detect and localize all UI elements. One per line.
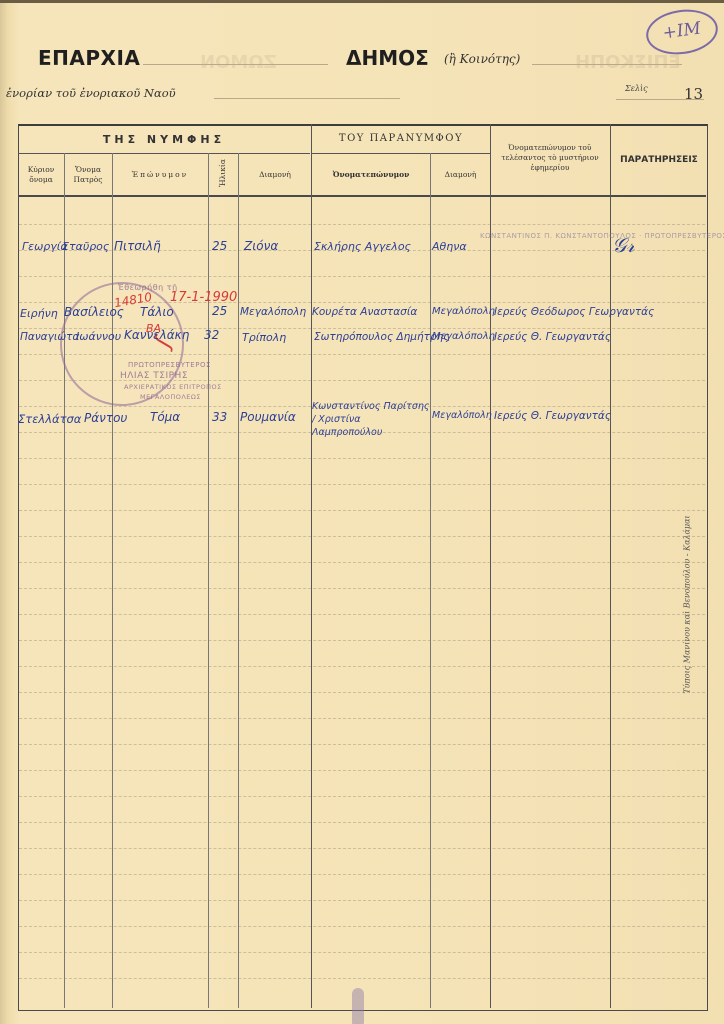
cell-surname: Τάλιο: [140, 305, 174, 319]
cell-first-name: Στελλάτσα: [18, 412, 81, 426]
cell-surname: Τόμα: [150, 410, 180, 424]
row-line: [19, 900, 705, 901]
row-line: [19, 744, 705, 745]
remarks-signature: 𝒢𝓇: [612, 233, 635, 257]
row-line: [19, 640, 705, 641]
cell-bestman-residence: Μεγαλόπολη: [432, 410, 492, 421]
top-edge: [0, 0, 724, 3]
col-header-age: Ἡλικία: [218, 159, 228, 187]
cell-bestman-name: Σκλήρης Αγγελος: [314, 240, 411, 253]
row-line: [19, 276, 705, 277]
cell-residence: Μεγαλόπολη: [240, 306, 306, 318]
stamp-line: ΠΡΩΤΟΠΡΕΣΒΥΤΕΡΟΣ: [128, 361, 211, 369]
cell-officiant: Ιερεύς Θεόδωρος Γεωργαντάς: [494, 306, 654, 318]
bestman-group-header: ΤΟΥ ΠΑΡΑΝΥΜΦΟΥ: [312, 133, 490, 144]
row-line: [19, 874, 705, 875]
row-line: [19, 562, 705, 563]
column-divider: [208, 153, 209, 1008]
row-line: [19, 770, 705, 771]
bestman-group-divider: [312, 153, 490, 154]
row-line: [19, 484, 705, 485]
cell-officiant: Ιερεύς Θ. Γεωργαντάς: [494, 331, 611, 343]
cell-first-name: Ειρήνη: [20, 307, 58, 320]
cell-officiant-stamp: ΚΩΝΣΤΑΝΤΙΝΟΣ Π. ΚΩΝΣΤΑΝΤΟΠΟΥΛΟΣ · ΠΡΩΤΟΠ…: [480, 232, 724, 240]
stamp-line: ΜΕΓΑΛΟΠΟΛΕΩΣ: [140, 393, 201, 401]
row-line: [19, 458, 705, 459]
cell-age: 33: [212, 410, 227, 424]
cell-first-name: Παναγιώτα: [20, 331, 79, 343]
row-line: [19, 614, 705, 615]
column-divider: [490, 124, 491, 1008]
eparchia-label: ΕΠΑΡΧΙΑ: [38, 46, 140, 70]
row-line: [19, 978, 705, 979]
cell-father-name: Ράντου: [84, 411, 127, 425]
row-line: [19, 224, 705, 225]
register-page: ΖΩΜΟΝ ΕΠΙΣΚΟΠΗ ΕΠΑΡΧΙΑ ΔΗΜΟΣ (ἢ Κοινότης…: [0, 0, 724, 1024]
cell-bestman-name: Κωνσταντίνος Παρίτσης / Χριστίνα Λαμπροπ…: [312, 400, 432, 439]
cell-bestman-residence: Μεγαλόπολη: [432, 306, 495, 317]
eparchia-fill-line: [143, 64, 328, 65]
row-line: [19, 848, 705, 849]
bleed-through-text: ΖΩΜΟΝ: [200, 52, 277, 73]
stamp-line: ΑΡΧΙΕΡΑΤΙΚΟΣ ΕΠΙΤΡΟΠΟΣ: [124, 383, 222, 391]
row-line: [19, 536, 705, 537]
row-line: [19, 718, 705, 719]
column-divider: [64, 153, 65, 1008]
row-line: [19, 666, 705, 667]
parish-label: ἐνορίαν τοῦ ἐνοριακοῦ Ναοῦ: [6, 86, 176, 100]
column-divider: [610, 124, 611, 1008]
column-divider: [238, 153, 239, 1008]
col-header-bestman-name: Ὀνοματεπώνυμον: [312, 170, 430, 180]
col-header-residence: Διαμονὴ: [239, 170, 311, 180]
col-header-first-name: Κύριον ὄνομα: [19, 165, 63, 185]
column-divider: [430, 153, 431, 1008]
cell-residence: Τρίπολη: [242, 331, 286, 344]
cell-residence: Ζιόνα: [244, 239, 278, 253]
row-line: [19, 926, 705, 927]
cell-father-name: Ιωάννου: [76, 330, 121, 343]
oval-ink-stamp: +ΙΜ: [643, 5, 720, 59]
col-header-bestman-residence: Διαμονὴ: [431, 170, 490, 180]
row-line: [19, 952, 705, 953]
remarks-header: ΠΑΡΑΤΗΡΗΣΕΙΣ: [612, 155, 706, 165]
col-header-father-name: Ὄνομα Πατρὸς: [65, 165, 111, 185]
register-table: [18, 124, 708, 1011]
officiant-header: Ὀνοματεπώνυμον τοῦ τελέσαντος τὸ μυστήρι…: [494, 143, 606, 173]
cell-bestman-residence: Μεγαλόπολη: [432, 331, 495, 342]
cell-father-name: Σταῦρος: [62, 240, 109, 253]
cell-father-name: Βασίλειος: [64, 305, 124, 319]
cell-officiant: Ιερεύς Θ. Γεωργαντάς: [494, 410, 611, 422]
cell-residence: Ρουμανία: [240, 410, 296, 424]
row-line: [19, 588, 705, 589]
cell-bestman-name: Κουρέτα Αναστασία: [312, 306, 417, 318]
row-line: [19, 510, 705, 511]
cell-bestman-name: Σωτηρόπουλος Δημήτρης: [314, 331, 449, 343]
stamp-line: ΗΛΙΑΣ ΤΣΙΡΗΣ: [120, 371, 188, 381]
page-label: Σελὶς: [625, 84, 648, 93]
dimos-fill-line: [532, 64, 682, 65]
column-divider: [311, 124, 312, 1008]
parish-fill-line: [214, 98, 400, 99]
page-number: 13: [684, 85, 703, 103]
column-divider: [112, 153, 113, 1008]
row-line: [19, 796, 705, 797]
cell-surname: Πιτσιλῆ: [114, 239, 161, 253]
bride-group-header: ΤΗΣ ΝΥΜΦΗΣ: [18, 133, 310, 146]
cell-age: 25: [212, 239, 227, 253]
cell-surname: Καννελάκη: [124, 328, 189, 342]
col-header-surname: Ἐπώνυμον: [113, 170, 207, 180]
printer-imprint: Τύποις Μανίνου καὶ Βενοπούλου - Καλάμαι: [682, 515, 691, 693]
cell-bestman-residence: Αθηνα: [432, 240, 467, 253]
dimos-sub-label: (ἢ Κοινότης): [444, 52, 520, 66]
cell-age: 32: [204, 328, 219, 342]
row-line: [19, 822, 705, 823]
bleed-through-text: ΕΠΙΣΚΟΠΗ: [575, 52, 681, 73]
dimos-label: ΔΗΜΟΣ: [346, 46, 429, 70]
red-date: 17-1-1990: [170, 290, 237, 305]
bride-group-divider: [18, 153, 310, 154]
ink-smudge: [352, 988, 364, 1024]
header-bottom-line: [18, 195, 706, 197]
row-line: [19, 692, 705, 693]
cell-first-name: Γεωργία: [22, 240, 68, 253]
cell-age: 25: [212, 304, 227, 318]
